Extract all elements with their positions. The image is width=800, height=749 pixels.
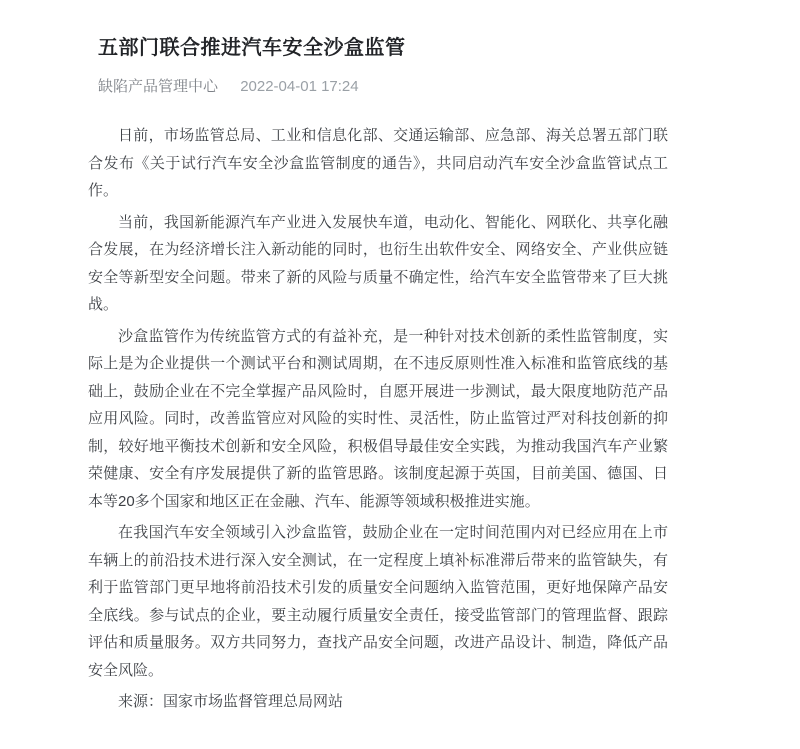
article-paragraph: 在我国汽车安全领域引入沙盒监管，鼓励企业在一定时间范围内对已经应用在上市车辆上的… xyxy=(88,519,668,684)
article-paragraph: 当前，我国新能源汽车产业进入发展快车道，电动化、智能化、网联化、共享化融合发展，… xyxy=(88,209,668,319)
article-publish-datetime: 2022-04-01 17:24 xyxy=(240,78,358,95)
article-body: 日前，市场监管总局、工业和信息化部、交通运输部、应急部、海关总署五部门联合发布《… xyxy=(88,122,668,716)
article-author: 缺陷产品管理中心 xyxy=(98,78,218,95)
article-paragraph: 日前，市场监管总局、工业和信息化部、交通运输部、应急部、海关总署五部门联合发布《… xyxy=(88,122,668,205)
article-container: 五部门联合推进汽车安全沙盒监管 缺陷产品管理中心 2022-04-01 17:2… xyxy=(0,0,800,716)
article-source: 来源：国家市场监督管理总局网站 xyxy=(88,688,668,716)
article-page: 五部门联合推进汽车安全沙盒监管 缺陷产品管理中心 2022-04-01 17:2… xyxy=(0,0,800,749)
article-paragraph: 沙盒监管作为传统监管方式的有益补充，是一种针对技术创新的柔性监管制度，实际上是为… xyxy=(88,323,668,516)
article-meta: 缺陷产品管理中心 2022-04-01 17:24 xyxy=(98,78,668,96)
article-title: 五部门联合推进汽车安全沙盒监管 xyxy=(98,34,668,62)
